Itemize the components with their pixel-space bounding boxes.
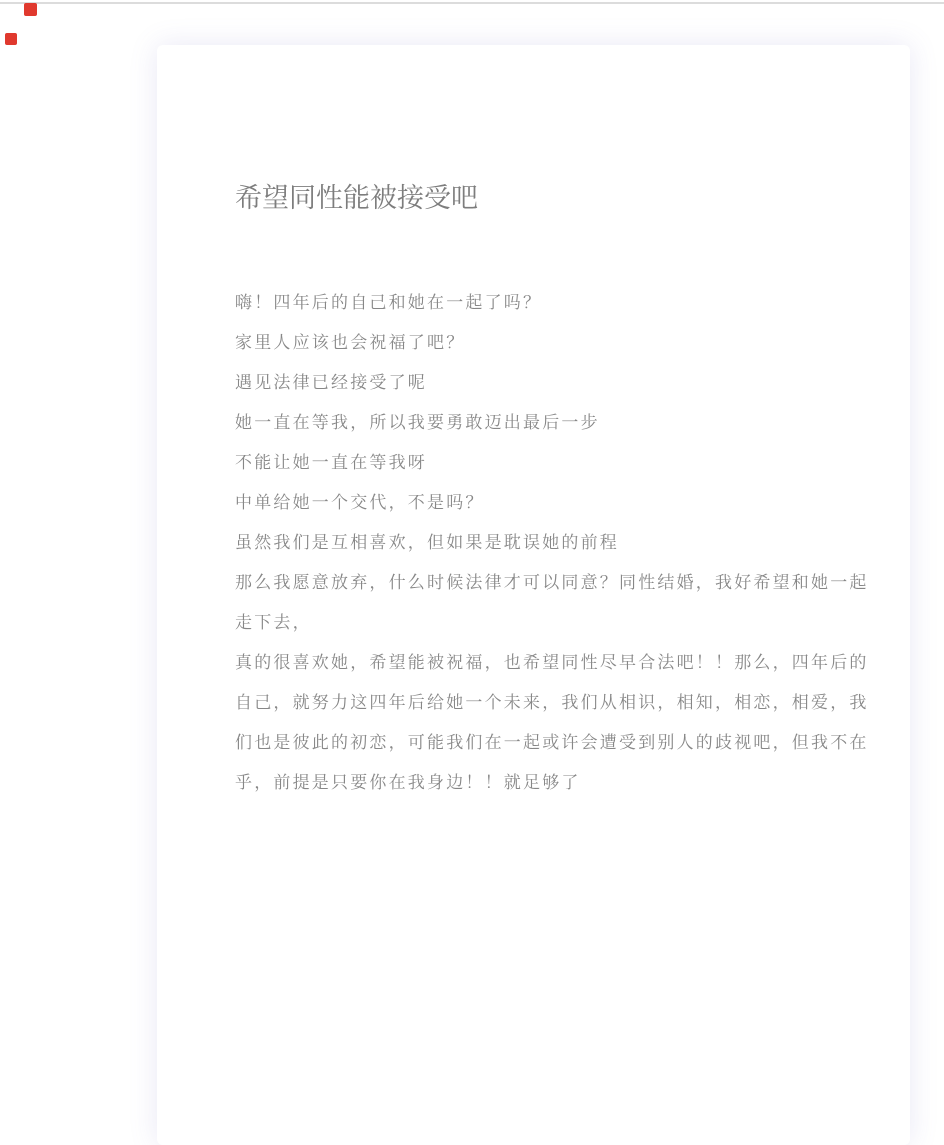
article-line: 不能让她一直在等我呀 <box>235 443 850 483</box>
article-line: 那么我愿意放弃，什么时候法律才可以同意？同性结婚，我好希望和她一起 <box>235 563 850 603</box>
page: { "article": { "title": "希望同性能被接受吧", "li… <box>0 0 944 801</box>
article-card: 希望同性能被接受吧 嗨！四年后的自己和她在一起了吗？ 家里人应该也会祝福了吧？ … <box>157 45 910 801</box>
article-body: 嗨！四年后的自己和她在一起了吗？ 家里人应该也会祝福了吧？ 遇见法律已经接受了呢… <box>235 283 850 801</box>
article-line: 她一直在等我，所以我要勇敢迈出最后一步 <box>235 403 850 443</box>
article-line: 自己，就努力这四年后给她一个未来，我们从相识，相知，相恋，相爱，我 <box>235 683 850 723</box>
article-line: 乎，前提是只要你在我身边！！就足够了 <box>235 763 850 801</box>
article-line: 嗨！四年后的自己和她在一起了吗？ <box>235 283 850 323</box>
article-line: 走下去， <box>235 603 850 643</box>
red-mark-icon <box>5 33 17 45</box>
article-line: 们也是彼此的初恋，可能我们在一起或许会遭受到别人的歧视吧，但我不在 <box>235 723 850 763</box>
article-line: 真的很喜欢她，希望能被祝福，也希望同性尽早合法吧！！那么，四年后的 <box>235 643 850 683</box>
article-line: 虽然我们是互相喜欢，但如果是耽误她的前程 <box>235 523 850 563</box>
article-line: 遇见法律已经接受了呢 <box>235 363 850 403</box>
article-line: 中单给她一个交代，不是吗？ <box>235 483 850 523</box>
article-title: 希望同性能被接受吧 <box>235 183 850 214</box>
red-mark-icon <box>24 3 37 16</box>
article-line: 家里人应该也会祝福了吧？ <box>235 323 850 363</box>
top-border-line <box>0 2 944 4</box>
